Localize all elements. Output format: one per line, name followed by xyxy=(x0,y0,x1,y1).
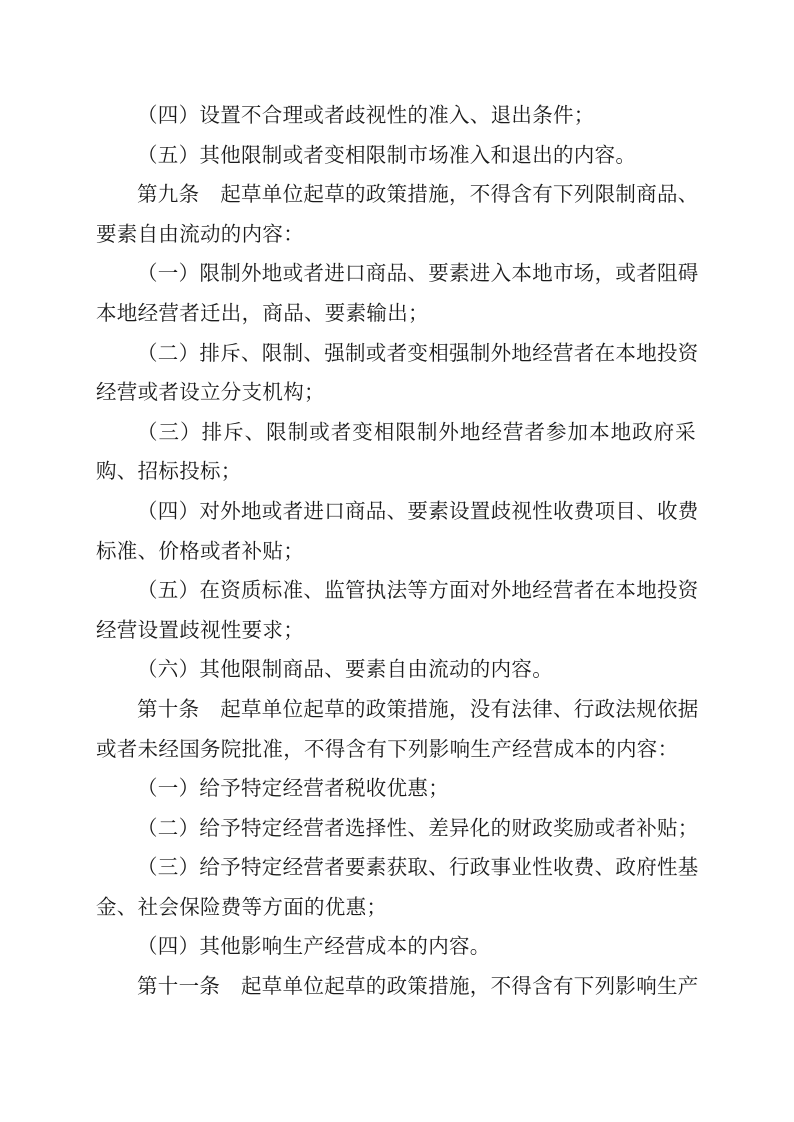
paragraph: 第九条 起草单位起草的政策措施，不得含有下列限制商品、要素自由流动的内容： xyxy=(96,176,696,255)
text-line: （六）其他限制商品、要素自由流动的内容。 xyxy=(96,651,696,691)
paragraph: （四）对外地或者进口商品、要素设置歧视性收费项目、收费标准、价格或者补贴； xyxy=(96,493,696,572)
paragraph: （一）限制外地或者进口商品、要素进入本地市场，或者阻碍本地经营者迁出，商品、要素… xyxy=(96,255,696,334)
text-line: 经营设置歧视性要求； xyxy=(96,612,696,652)
document-page: （四）设置不合理或者歧视性的准入、退出条件；（五）其他限制或者变相限制市场准入和… xyxy=(0,0,794,1122)
paragraph: （四）其他影响生产经营成本的内容。 xyxy=(96,928,696,968)
paragraph: （五）在资质标准、监管执法等方面对外地经营者在本地投资经营设置歧视性要求； xyxy=(96,572,696,651)
text-line: 第九条 起草单位起草的政策措施，不得含有下列限制商品、 xyxy=(96,176,696,216)
paragraph: （三）给予特定经营者要素获取、行政事业性收费、政府性基金、社会保险费等方面的优惠… xyxy=(96,849,696,928)
text-line: （四）对外地或者进口商品、要素设置歧视性收费项目、收费 xyxy=(96,493,696,533)
paragraph: （二）排斥、限制、强制或者变相强制外地经营者在本地投资经营或者设立分支机构； xyxy=(96,335,696,414)
paragraph: （五）其他限制或者变相限制市场准入和退出的内容。 xyxy=(96,137,696,177)
text-line: （一）给予特定经营者税收优惠； xyxy=(96,770,696,810)
document-body: （四）设置不合理或者歧视性的准入、退出条件；（五）其他限制或者变相限制市场准入和… xyxy=(96,97,696,1008)
text-line: 购、招标投标； xyxy=(96,453,696,493)
text-line: （三）给予特定经营者要素获取、行政事业性收费、政府性基 xyxy=(96,849,696,889)
text-line: 要素自由流动的内容： xyxy=(96,216,696,256)
text-line: 本地经营者迁出，商品、要素输出； xyxy=(96,295,696,335)
text-line: 标准、价格或者补贴； xyxy=(96,533,696,573)
paragraph: 第十条 起草单位起草的政策措施，没有法律、行政法规依据或者未经国务院批准，不得含… xyxy=(96,691,696,770)
paragraph: （二）给予特定经营者选择性、差异化的财政奖励或者补贴； xyxy=(96,810,696,850)
paragraph: 第十一条 起草单位起草的政策措施，不得含有下列影响生产 xyxy=(96,968,696,1008)
text-line: （一）限制外地或者进口商品、要素进入本地市场，或者阻碍 xyxy=(96,255,696,295)
text-line: 或者未经国务院批准，不得含有下列影响生产经营成本的内容： xyxy=(96,731,696,771)
text-line: （三）排斥、限制或者变相限制外地经营者参加本地政府采 xyxy=(96,414,696,454)
text-line: （二）给予特定经营者选择性、差异化的财政奖励或者补贴； xyxy=(96,810,696,850)
text-line: （四）其他影响生产经营成本的内容。 xyxy=(96,928,696,968)
text-line: 金、社会保险费等方面的优惠； xyxy=(96,889,696,929)
text-line: （五）在资质标准、监管执法等方面对外地经营者在本地投资 xyxy=(96,572,696,612)
text-line: （四）设置不合理或者歧视性的准入、退出条件； xyxy=(96,97,696,137)
paragraph: （六）其他限制商品、要素自由流动的内容。 xyxy=(96,651,696,691)
paragraph: （三）排斥、限制或者变相限制外地经营者参加本地政府采购、招标投标； xyxy=(96,414,696,493)
text-line: （二）排斥、限制、强制或者变相强制外地经营者在本地投资 xyxy=(96,335,696,375)
text-line: （五）其他限制或者变相限制市场准入和退出的内容。 xyxy=(96,137,696,177)
paragraph: （一）给予特定经营者税收优惠； xyxy=(96,770,696,810)
text-line: 第十一条 起草单位起草的政策措施，不得含有下列影响生产 xyxy=(96,968,696,1008)
text-line: 经营或者设立分支机构； xyxy=(96,374,696,414)
text-line: 第十条 起草单位起草的政策措施，没有法律、行政法规依据 xyxy=(96,691,696,731)
paragraph: （四）设置不合理或者歧视性的准入、退出条件； xyxy=(96,97,696,137)
